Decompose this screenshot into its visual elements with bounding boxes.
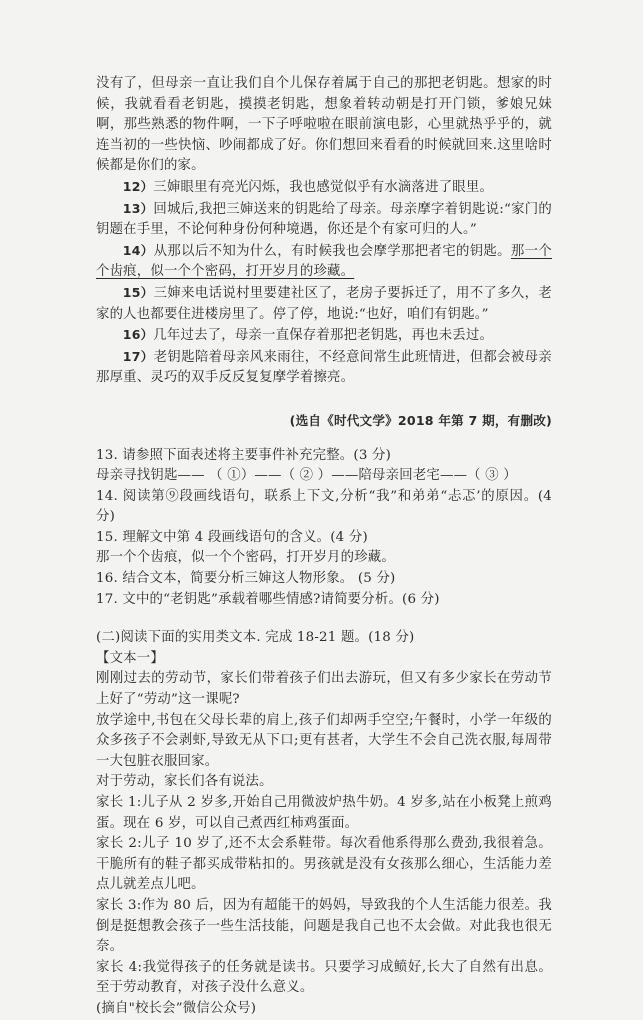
paragraph-number: 15） [123,285,154,300]
paragraph-text: 从那以后不知为什么，有时候我也会摩学那把者宅的钥匙。 [154,244,511,259]
question-15: 15. 理解文中第 4 段画线语句的含义。(4 分) [96,528,552,549]
question-17: 17. 文中的“老钥匙”承载着哪些情感?请简要分析。(6 分) [96,590,552,611]
paragraph-text: 回城后,我把三婶送来的钥匙给了母亲。母亲摩字着钥匙说:“家门的钥题在手里，不论何… [96,202,552,238]
section2-line: 对于劳动，家长们各有说法。 [96,772,552,793]
paragraph-17: 17）老钥匙陪着母亲风来雨往，不经意间常生此班情进，但都会被母亲那厚重、灵巧的双… [96,347,552,389]
text-one-label: 【文本一】 [96,649,552,670]
paragraph-number: 13） [123,201,154,216]
paragraph-number: 16） [123,327,154,342]
passage-intro-paragraph: 没有了，但母亲一直让我们自个儿保存着属于自己的那把老钥匙。想家的时候，我就看看老… [96,74,552,177]
paragraph-14: 14）从那以后不知为什么，有时候我也会摩学那把者宅的钥匙。那一个个齿痕，似一个个… [96,241,552,283]
paragraph-12: 12）三婶眼里有亮光闪烁，我也感觉似乎有水滴落进了眼里。 [96,177,552,199]
parent-2-statement: 家长 2:儿子 10 岁了,还不太会系鞋带。每次看他系得那么费劲,我很着急。干脆… [96,834,552,896]
parent-1-statement: 家长 1:儿子从 2 岁多,开始自己用微波炉热牛奶。4 岁多,站在小板凳上煎鸡蛋… [96,793,552,834]
section2-line: 刚刚过去的劳动节，家长们带着孩子们出去游玩，但又有多少家长在劳动节上好了“劳动”… [96,669,552,710]
section2-heading: (二)阅读下面的实用类文本. 完成 18-21 题。(18 分) [96,628,552,649]
paragraph-text: 几年过去了，母亲一直保存着那把老钥匙，再也未丢过。 [153,328,493,343]
question-13: 13. 请参照下面表述将主要事件补充完整。(3 分) [96,446,552,467]
paragraph-text: 老钥匙陪着母亲风来雨往，不经意间常生此班情进，但都会被母亲那厚重、灵巧的双手反反… [96,350,552,386]
paragraph-number: 12） [123,179,154,194]
paragraph-text: 三婶来电话说村里要建社区了，老房子要拆迁了，用不了多久，老家的人也都要住进楼房里… [96,286,552,322]
source-citation: (选自《时代文学》2018 年第 7 期，有删改) [96,411,552,432]
section2-line: 放学途中,书包在父母长辈的肩上,孩子们却两手空空;午餐时，小学一年级的众多孩子不… [96,711,552,773]
question-14: 14. 阅读第⑨段画线语句，联系上下文,分析“我”和弟弟“忐忑’的原因。(4 分… [96,487,552,528]
paragraph-16: 16）几年过去了，母亲一直保存着那把老钥匙，再也未丢过。 [96,325,552,347]
question-13-sequence: 母亲寻找钥匙—— （ ①）——（ ② ）——陪母亲回老宅——（ ③ ） [96,466,552,487]
paragraph-number: 14） [123,243,154,258]
question-15-quote: 那一个个齿痕，似一个个密码，打开岁月的珍藏。 [96,548,552,569]
question-16: 16. 结合文本，简要分析三婶这人物形象。 (5 分) [96,569,552,590]
paragraph-text: 三婶眼里有亮光闪烁，我也感觉似乎有水滴落进了眼里。 [153,180,493,195]
document-page: 没有了，但母亲一直让我们自个儿保存着属于自己的那把老钥匙。想家的时候，我就看看老… [96,74,552,908]
paragraph-15: 15）三婶来电话说村里要建社区了，老房子要拆迁了，用不了多久，老家的人也都要住进… [96,283,552,325]
parent-3-statement: 家长 3:作为 80 后，因为有超能干的妈妈，导致我的个人生活能力很差。我倒是挺… [96,896,552,908]
paragraph-13: 13）回城后,我把三婶送来的钥匙给了母亲。母亲摩字着钥匙说:“家门的钥题在手里，… [96,199,552,241]
paragraph-number: 17） [123,349,154,364]
